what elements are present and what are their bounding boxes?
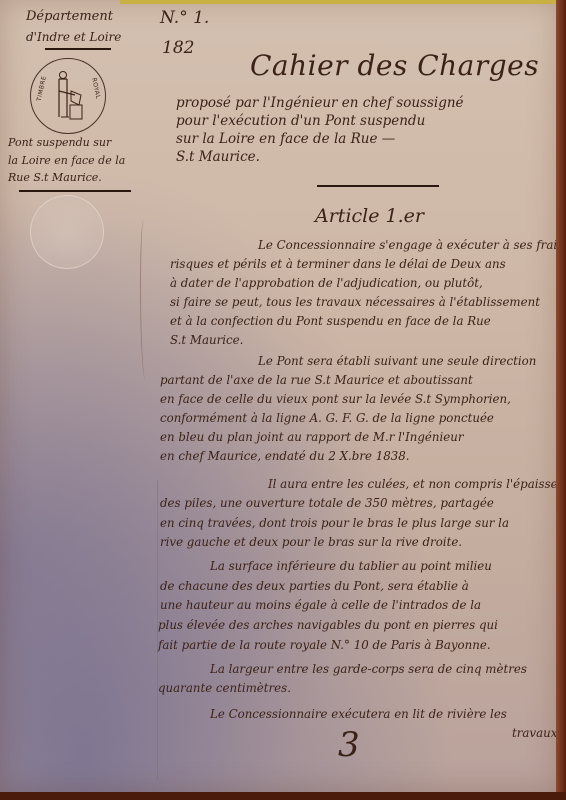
margin-note-line: la Loire en face de la: [8, 155, 125, 166]
subtitle-line: proposé par l'Ingénieur en chef soussign…: [176, 97, 464, 111]
body-line: rive gauche et deux pour le bras sur la …: [160, 537, 462, 549]
body-line: et à la confection du Pont suspendu en f…: [170, 316, 491, 328]
body-line: fait partie de la route royale N.° 10 de…: [158, 640, 491, 652]
embossed-seal-icon: [30, 195, 104, 269]
body-line: en bleu du plan joint au rapport de M.r …: [160, 432, 464, 444]
body-line: partant de l'axe de la rue S.t Maurice e…: [160, 375, 473, 387]
department-label: Département: [26, 10, 113, 23]
body-line: S.t Maurice.: [170, 335, 243, 347]
department-name: d'Indre et Loire: [26, 31, 121, 43]
stamp-right-text: ROYAL: [90, 77, 101, 100]
body-line: des piles, une ouverture totale de 350 m…: [160, 498, 494, 510]
subtitle-line: pour l'exécution d'un Pont suspendu: [176, 115, 425, 129]
body-line: risques et périls et à terminer dans le …: [170, 259, 506, 271]
stamp-left-text: TIMBRE: [36, 75, 48, 102]
body-line: La surface inférieure du tablier au poin…: [210, 561, 492, 573]
body-line: si faire se peut, tous les travaux néces…: [170, 297, 540, 309]
page-top-edge: [120, 0, 566, 4]
margin-note-line: Rue S.t Maurice.: [8, 172, 102, 183]
royal-stamp-seal-icon: TIMBRE ROYAL: [30, 58, 106, 134]
subtitle-line: sur la Loire en face de la Rue —: [176, 133, 395, 147]
body-line: La largeur entre les garde-corps sera de…: [210, 664, 527, 676]
allegorical-figure-icon: [53, 69, 85, 121]
document-number: N.° 1.: [160, 10, 209, 27]
body-line: quarante centimètres.: [158, 683, 291, 695]
page-mark: 3: [338, 728, 360, 762]
body-line: Le Concessionnaire exécutera en lit de r…: [210, 709, 507, 721]
paper-fold-crease: [140, 220, 149, 380]
catchword: travaux: [512, 728, 557, 740]
body-line: de chacune des deux parties du Pont, ser…: [160, 581, 469, 593]
subtitle-line: S.t Maurice.: [176, 151, 260, 165]
body-line: à dater de l'approbation de l'adjudicati…: [170, 278, 483, 290]
body-line: en cinq travées, dont trois pour le bras…: [160, 518, 509, 530]
body-line: Le Concessionnaire s'engage à exécuter à…: [258, 240, 566, 252]
body-line: une hauteur au moins égale à celle de l'…: [160, 600, 481, 612]
body-line: Il aura entre les culées, et non compris…: [268, 479, 566, 491]
department-underline: [45, 48, 111, 50]
body-line: conformément à la ligne A. G. F. G. de l…: [160, 413, 494, 425]
page-right-edge: [556, 0, 566, 800]
document-sub-number: 182: [162, 40, 194, 57]
document-title: Cahier des Charges: [250, 52, 539, 80]
page-bottom-edge: [0, 792, 566, 800]
margin-note-underline: [19, 190, 131, 192]
body-line: en face de celle du vieux pont sur la le…: [160, 394, 511, 406]
margin-note-line: Pont suspendu sur: [8, 137, 111, 148]
body-line: Le Pont sera établi suivant une seule di…: [258, 356, 536, 368]
title-divider: [317, 185, 439, 187]
body-line: plus élevée des arches navigables du pon…: [158, 620, 498, 632]
body-line: en chef Maurice, endaté du 2 X.bre 1838.: [160, 451, 409, 463]
manuscript-page: Département d'Indre et Loire N.° 1. 182 …: [0, 0, 558, 793]
article-heading: Article 1.er: [315, 207, 424, 226]
